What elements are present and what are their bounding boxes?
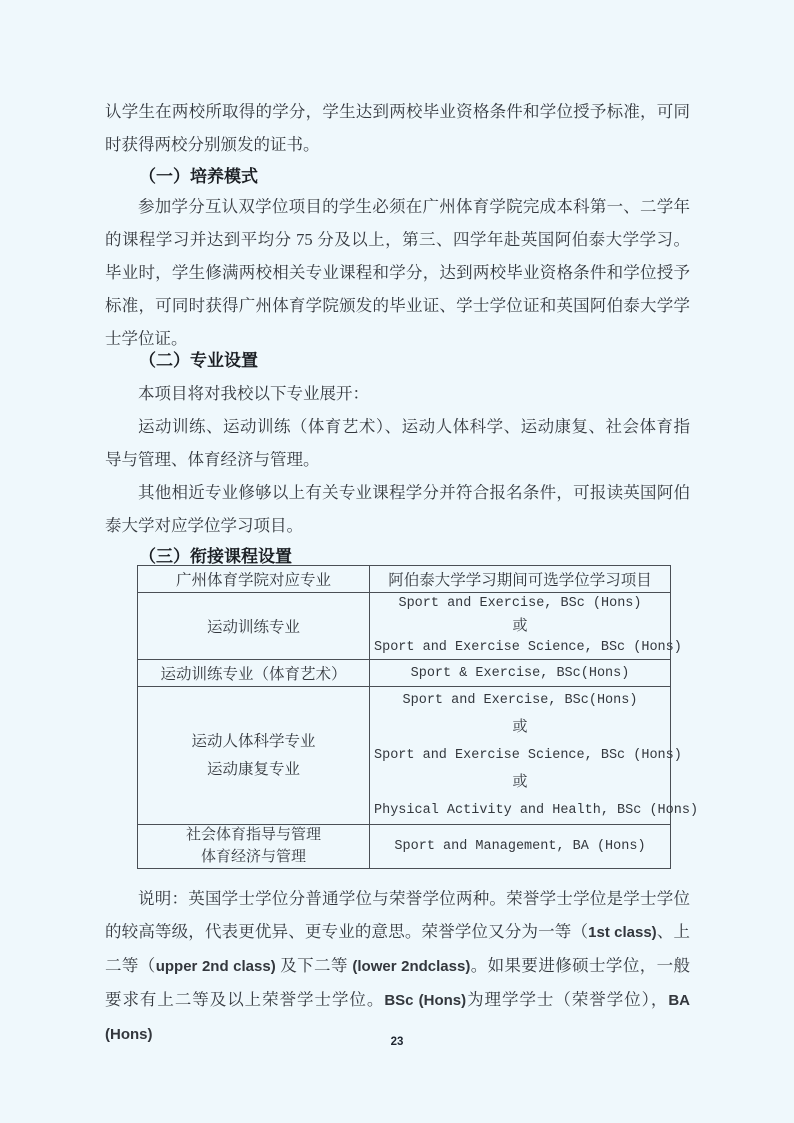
other-majors-paragraph: 其他相近专业修够以上有关专业课程学分并符合报名条件，可报读英国阿伯泰大学对应学位… bbox=[105, 476, 690, 542]
or-separator: 或 bbox=[374, 769, 666, 796]
major-name: 社会体育指导与管理 bbox=[142, 825, 365, 847]
table-row: 运动训练专业 Sport and Exercise, BSc (Hons) 或 … bbox=[138, 593, 671, 660]
major-cell: 运动人体科学专业 运动康复专业 bbox=[138, 687, 370, 825]
note-text-latin: (lower 2ndclass) bbox=[352, 958, 470, 975]
major-cell: 社会体育指导与管理 体育经济与管理 bbox=[138, 825, 370, 869]
programs-cell: Sport and Exercise, BSc(Hons) 或 Sport an… bbox=[370, 687, 671, 825]
program-name: Sport and Exercise Science, BSc (Hons) bbox=[374, 742, 666, 769]
intro-paragraph: 认学生在两校所取得的学分，学生达到两校毕业资格条件和学位授予标准，可同时获得两校… bbox=[105, 95, 690, 161]
note-text-latin: BSc (Hons) bbox=[384, 992, 466, 1009]
or-separator: 或 bbox=[374, 714, 666, 741]
note-paragraph: 说明：英国学士学位分普通学位与荣誉学位两种。荣誉学士学位是学士学位的较高等级，代… bbox=[105, 882, 690, 1051]
program-name: Sport and Exercise Science, BSc (Hons) bbox=[374, 637, 666, 659]
section-heading-training-mode: （一）培养模式 bbox=[105, 160, 690, 193]
document-page: { "document": { "page_number": "23", "co… bbox=[0, 0, 794, 1123]
table-row: 社会体育指导与管理 体育经济与管理 Sport and Management, … bbox=[138, 825, 671, 869]
programs-cell: Sport and Exercise, BSc (Hons) 或 Sport a… bbox=[370, 593, 671, 660]
program-name: Sport and Exercise, BSc (Hons) bbox=[374, 593, 666, 615]
program-name: Physical Activity and Health, BSc (Hons) bbox=[374, 797, 666, 824]
major-name: 运动训练专业（体育艺术） bbox=[142, 662, 365, 684]
majors-list-paragraph: 运动训练、运动训练（体育艺术）、运动人体科学、运动康复、社会体育指导与管理、体育… bbox=[105, 410, 690, 476]
table-header-abertay-programs: 阿伯泰大学学习期间可选学位学习项目 bbox=[370, 566, 671, 593]
major-name: 运动康复专业 bbox=[142, 756, 365, 784]
majors-intro-line: 本项目将对我校以下专业展开： bbox=[105, 377, 690, 410]
note-text: 为理学学士（荣誉学位）， bbox=[466, 990, 668, 1009]
table-row: 运动训练专业（体育艺术） Sport & Exercise, BSc(Hons) bbox=[138, 660, 671, 687]
table-header-row: 广州体育学院对应专业 阿伯泰大学学习期间可选学位学习项目 bbox=[138, 566, 671, 593]
program-name: Sport and Management, BA (Hons) bbox=[374, 839, 666, 854]
note-text-latin: 1st class) bbox=[588, 924, 657, 941]
major-name: 运动训练专业 bbox=[142, 615, 365, 637]
training-mode-paragraph: 参加学分互认双学位项目的学生必须在广州体育学院完成本科第一、二学年的课程学习并达… bbox=[105, 190, 690, 355]
table-row: 运动人体科学专业 运动康复专业 Sport and Exercise, BSc(… bbox=[138, 687, 671, 825]
programs-cell: Sport & Exercise, BSc(Hons) bbox=[370, 660, 671, 687]
major-cell: 运动训练专业（体育艺术） bbox=[138, 660, 370, 687]
course-link-table: 广州体育学院对应专业 阿伯泰大学学习期间可选学位学习项目 运动训练专业 Spor… bbox=[137, 565, 671, 869]
or-separator: 或 bbox=[374, 615, 666, 637]
table-header-gz-major: 广州体育学院对应专业 bbox=[138, 566, 370, 593]
page-number: 23 bbox=[0, 1036, 794, 1048]
note-text-latin: upper 2nd class) bbox=[156, 958, 276, 975]
major-name: 运动人体科学专业 bbox=[142, 728, 365, 756]
major-name: 体育经济与管理 bbox=[142, 847, 365, 869]
program-name: Sport & Exercise, BSc(Hons) bbox=[374, 666, 666, 681]
major-cell: 运动训练专业 bbox=[138, 593, 370, 660]
programs-cell: Sport and Management, BA (Hons) bbox=[370, 825, 671, 869]
program-name: Sport and Exercise, BSc(Hons) bbox=[374, 687, 666, 714]
note-text: 及下二等 bbox=[276, 956, 353, 975]
section-heading-majors: （二）专业设置 bbox=[105, 344, 690, 377]
